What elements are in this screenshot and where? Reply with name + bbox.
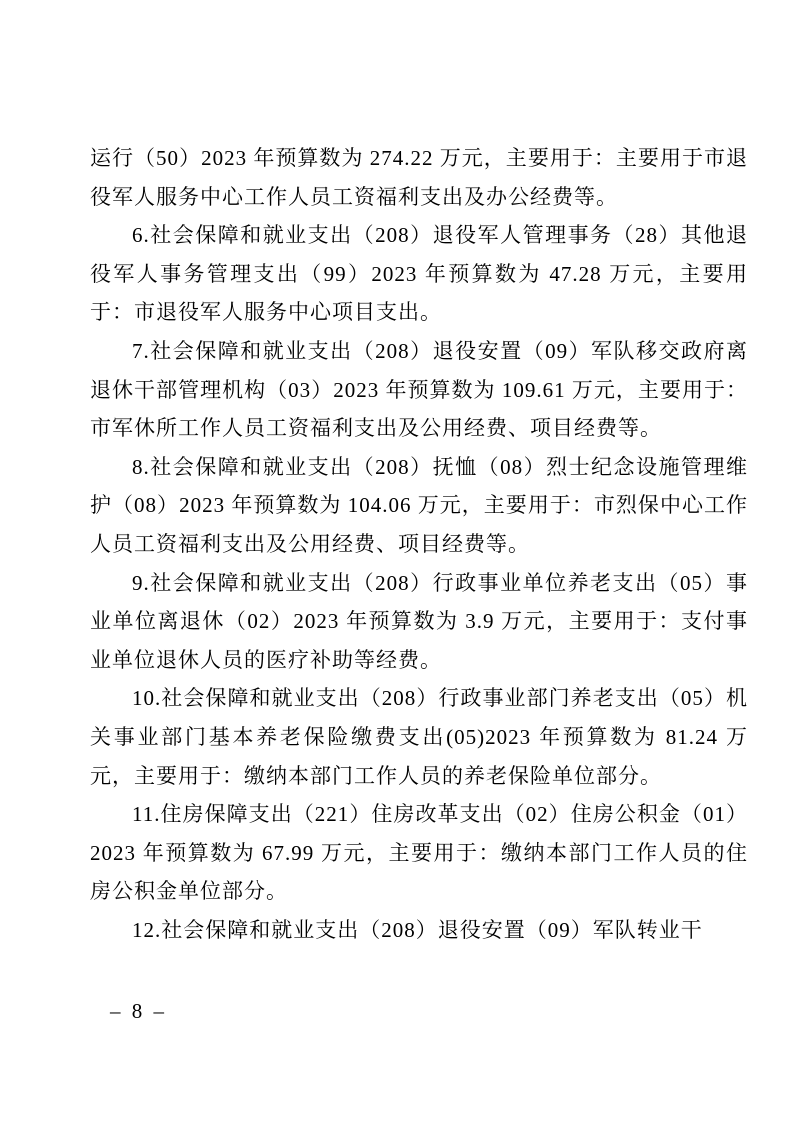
document-page: 运行（50）2023 年预算数为 274.22 万元，主要用于：主要用于市退役军… <box>0 0 793 1122</box>
paragraph: 运行（50）2023 年预算数为 274.22 万元，主要用于：主要用于市退役军… <box>90 139 748 216</box>
paragraph: 7.社会保障和就业支出（208）退役安置（09）军队移交政府离退休干部管理机构（… <box>90 332 748 448</box>
paragraph: 11.住房保障支出（221）住房改革支出（02）住房公积金（01）2023 年预… <box>90 795 748 911</box>
paragraph: 8.社会保障和就业支出（208）抚恤（08）烈士纪念设施管理维护（08）2023… <box>90 448 748 564</box>
document-body: 运行（50）2023 年预算数为 274.22 万元，主要用于：主要用于市退役军… <box>90 139 748 949</box>
paragraph: 6.社会保障和就业支出（208）退役军人管理事务（28）其他退役军人事务管理支出… <box>90 216 748 332</box>
page-number: – 8 – <box>110 992 167 1031</box>
paragraph: 10.社会保障和就业支出（208）行政事业部门养老支出（05）机关事业部门基本养… <box>90 679 748 795</box>
paragraph: 9.社会保障和就业支出（208）行政事业单位养老支出（05）事业单位离退休（02… <box>90 564 748 680</box>
paragraph: 12.社会保障和就业支出（208）退役安置（09）军队转业干 <box>90 911 748 950</box>
